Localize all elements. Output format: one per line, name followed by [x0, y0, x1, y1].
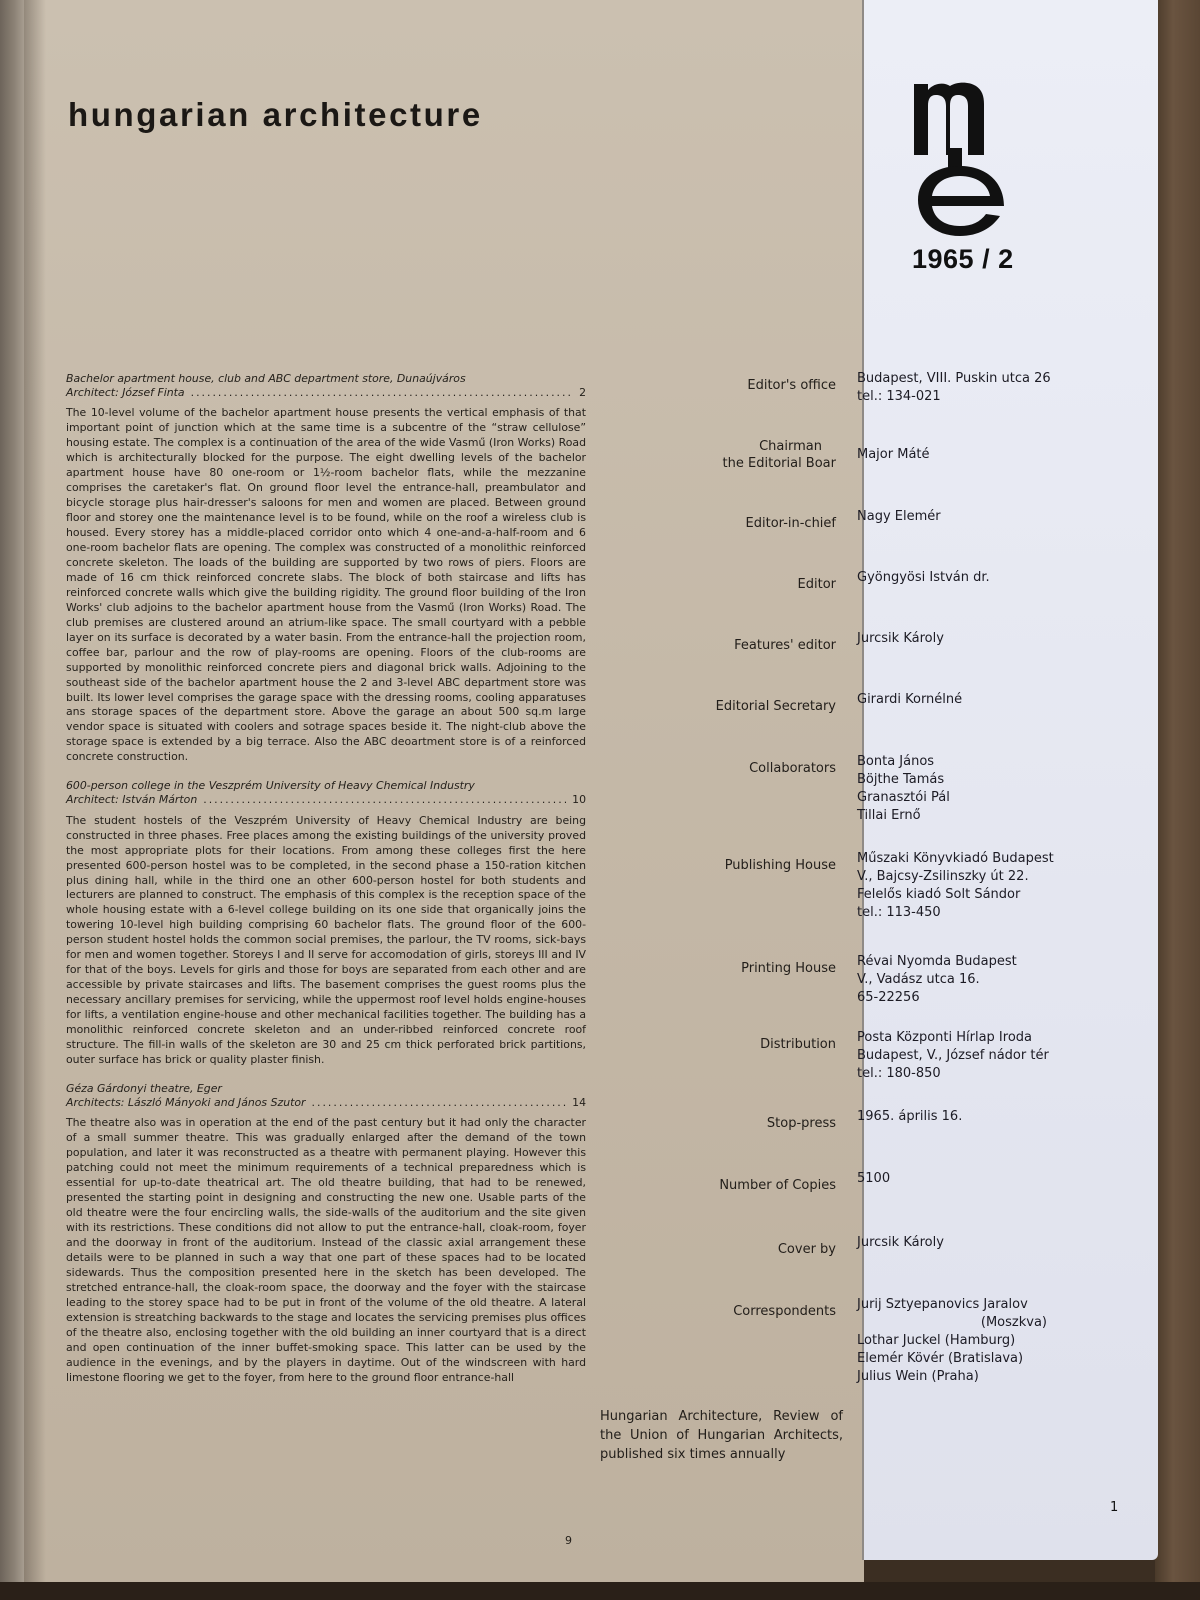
article: Bachelor apartment house, club and ABC d… [66, 372, 586, 765]
masthead-label: Features' editor [734, 637, 836, 654]
article-architect: Architect: István Márton [66, 793, 197, 807]
article-title: Géza Gárdonyi theatre, Eger [66, 1082, 586, 1096]
article-body: The 10-level volume of the bachelor apar… [66, 406, 586, 765]
table-edge [0, 1582, 1200, 1600]
masthead-label: Cover by [778, 1241, 836, 1258]
masthead-value: Jurcsik Károly [857, 630, 944, 648]
article-body: The theatre also was in operation at the… [66, 1116, 586, 1385]
left-page-number: 9 [565, 1534, 572, 1547]
masthead-label: Stop-press [767, 1115, 836, 1132]
masthead-label: Editorial Secretary [716, 698, 836, 715]
right-page-number: 1 [1110, 1500, 1118, 1515]
article: Géza Gárdonyi theatre, Eger Architects: … [66, 1082, 586, 1386]
masthead-value: Girardi Kornélné [857, 691, 962, 709]
masthead-label: Number of Copies [719, 1177, 836, 1194]
masthead-value: Budapest, VIII. Puskin utca 26tel.: 134-… [857, 370, 1051, 406]
leader-dots [312, 1096, 567, 1110]
article-title: 600-person college in the Veszprém Unive… [66, 779, 586, 793]
masthead-label: Correspondents [733, 1303, 836, 1320]
article-page-ref: 14 [572, 1096, 586, 1110]
issue-number: 1965 / 2 [912, 244, 1014, 275]
masthead-value: Major Máté [857, 446, 930, 464]
masthead-label: Editor [798, 576, 836, 593]
article-page-ref: 2 [579, 386, 586, 400]
masthead-value: 1965. április 16. [857, 1108, 962, 1126]
leader-dots [203, 793, 566, 807]
table-surface [1155, 0, 1200, 1600]
article-heading: Géza Gárdonyi theatre, Eger Architects: … [66, 1082, 586, 1110]
masthead-value: Révai Nyomda BudapestV., Vadász utca 16.… [857, 953, 1017, 1007]
masthead-value: 5100 [857, 1170, 890, 1188]
article: 600-person college in the Veszprém Unive… [66, 779, 586, 1068]
article-column: Bachelor apartment house, club and ABC d… [66, 372, 586, 1399]
binding-spine [0, 0, 24, 1600]
masthead-value: Posta Központi Hírlap IrodaBudapest, V.,… [857, 1029, 1049, 1083]
masthead-label: Collaborators [749, 760, 836, 777]
article-architect: Architects: László Mányoki and János Szu… [66, 1096, 306, 1110]
masthead-label: Distribution [760, 1036, 836, 1053]
masthead-value: Gyöngyösi István dr. [857, 569, 990, 587]
masthead-label: Printing House [741, 960, 836, 977]
masthead-label: Editor-in-chief [746, 515, 836, 532]
review-description: Hungarian Architecture, Review of the Un… [600, 1407, 843, 1464]
masthead-label: Editor's office [747, 377, 836, 394]
page-title: hungarian architecture [68, 96, 483, 134]
masthead-value: Jurcsik Károly [857, 1234, 944, 1252]
article-title: Bachelor apartment house, club and ABC d… [66, 372, 586, 386]
masthead-label: Publishing House [725, 857, 836, 874]
article-page-ref: 10 [572, 793, 586, 807]
article-architect: Architect: József Finta [66, 386, 185, 400]
article-heading: Bachelor apartment house, club and ABC d… [66, 372, 586, 400]
leader-dots [191, 386, 573, 400]
me-logo-icon [912, 80, 1012, 240]
masthead-value: Bonta JánosBöjthe TamásGranasztói PálTil… [857, 753, 950, 825]
article-body: The student hostels of the Veszprém Univ… [66, 814, 586, 1068]
masthead-value: Műszaki Könyvkiadó BudapestV., Bajcsy-Zs… [857, 850, 1054, 922]
masthead-value: Nagy Elemér [857, 508, 941, 526]
masthead-label: Chairmanthe Editorial Boar [723, 438, 836, 472]
masthead-value: Jurij Sztyepanovics Jaralov(Moszkva)Loth… [857, 1296, 1047, 1386]
article-heading: 600-person college in the Veszprém Unive… [66, 779, 586, 807]
